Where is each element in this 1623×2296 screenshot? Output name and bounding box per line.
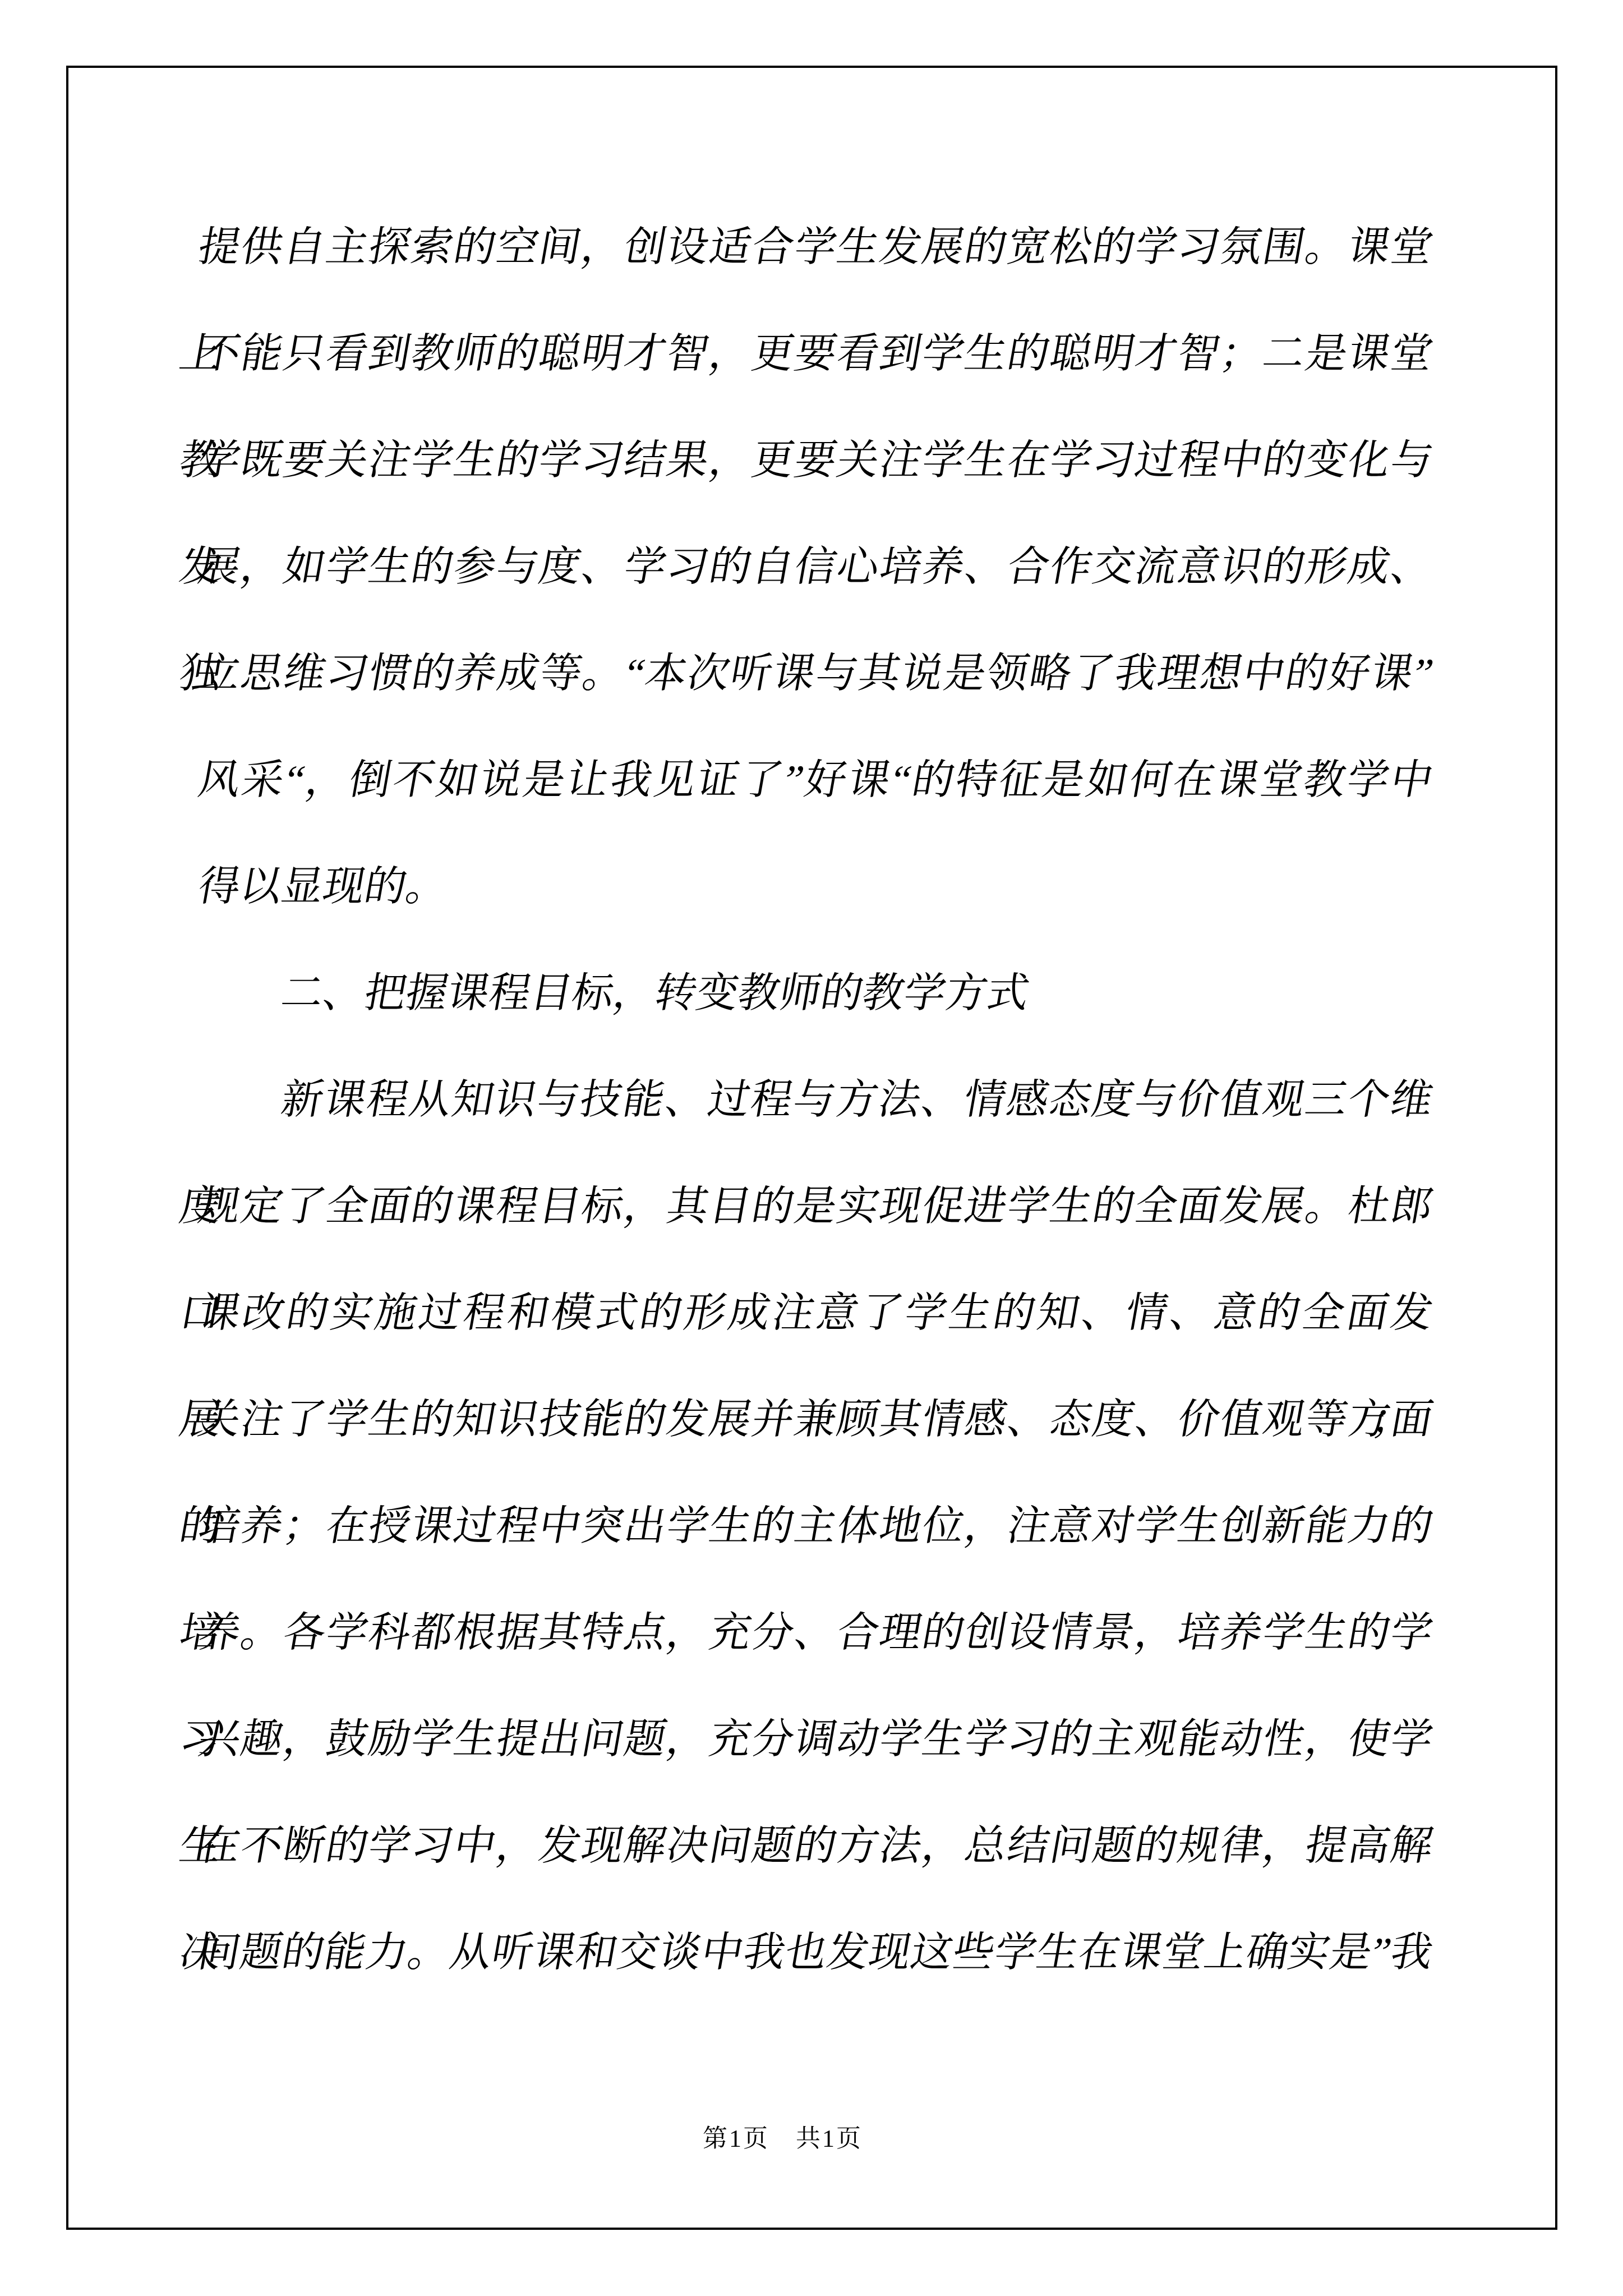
text-line-4: 展，如学生的参与度、学习的自信心培养、合作交流意识的形成、独	[190, 514, 1442, 620]
text-line-7-paragraph-end: 得以显现的。	[190, 834, 1442, 940]
text-line-13: 培养；在授课过程中突出学生的主体地位，注意对学生创新能力的培	[190, 1473, 1442, 1580]
text-line-1: 提供自主探索的空间，创设适合学生发展的宽松的学习氛围。课堂上	[190, 194, 1442, 301]
text-line-10: 规定了全面的课程目标，其目的是实现促进学生的全面发展。杜郎口	[190, 1153, 1442, 1260]
text-line-16: 在不断的学习中，发现解决问题的方法，总结问题的规律，提高解决	[190, 1793, 1442, 1899]
body-text: 提供自主探索的空间，创设适合学生发展的宽松的学习氛围。课堂上 不能只看到教师的聪…	[194, 194, 1428, 2006]
text-line-6: 风采“，倒不如说是让我见证了”好课“的特征是如何在课堂教学中	[190, 727, 1442, 834]
text-line-12: 关注了学生的知识技能的发展并兼顾其情感、态度、价值观等方面的	[190, 1366, 1442, 1473]
text-line-9-paragraph-start: 新课程从知识与技能、过程与方法、情感态度与价值观三个维度	[190, 1047, 1442, 1153]
text-line-2: 不能只看到教师的聪明才智，更要看到学生的聪明才智；二是课堂教	[190, 301, 1442, 407]
text-line-11: 课改的实施过程和模式的形成注意了学生的知、情、意的全面发展；	[190, 1260, 1442, 1366]
text-line-14: 养。各学科都根据其特点，充分、合理的创设情景，培养学生的学习	[190, 1580, 1442, 1686]
text-line-5: 立思维习惯的养成等。“本次听课与其说是领略了我理想中的好课”	[190, 620, 1442, 727]
page-footer: 第1页 共1页	[703, 2122, 863, 2156]
text-line-15: 兴趣，鼓励学生提出问题，充分调动学生学习的主观能动性，使学生	[190, 1686, 1442, 1793]
text-line-8-section-heading: 二、把握课程目标，转变教师的教学方式	[190, 940, 1442, 1047]
text-line-3: 学既要关注学生的学习结果，更要关注学生在学习过程中的变化与发	[190, 407, 1442, 514]
text-line-17: 问题的能力。从听课和交谈中我也发现这些学生在课堂上确实是”我	[190, 1899, 1442, 2006]
document-page: { "doc": { "page_background": "#ffffff",…	[0, 0, 1623, 2296]
